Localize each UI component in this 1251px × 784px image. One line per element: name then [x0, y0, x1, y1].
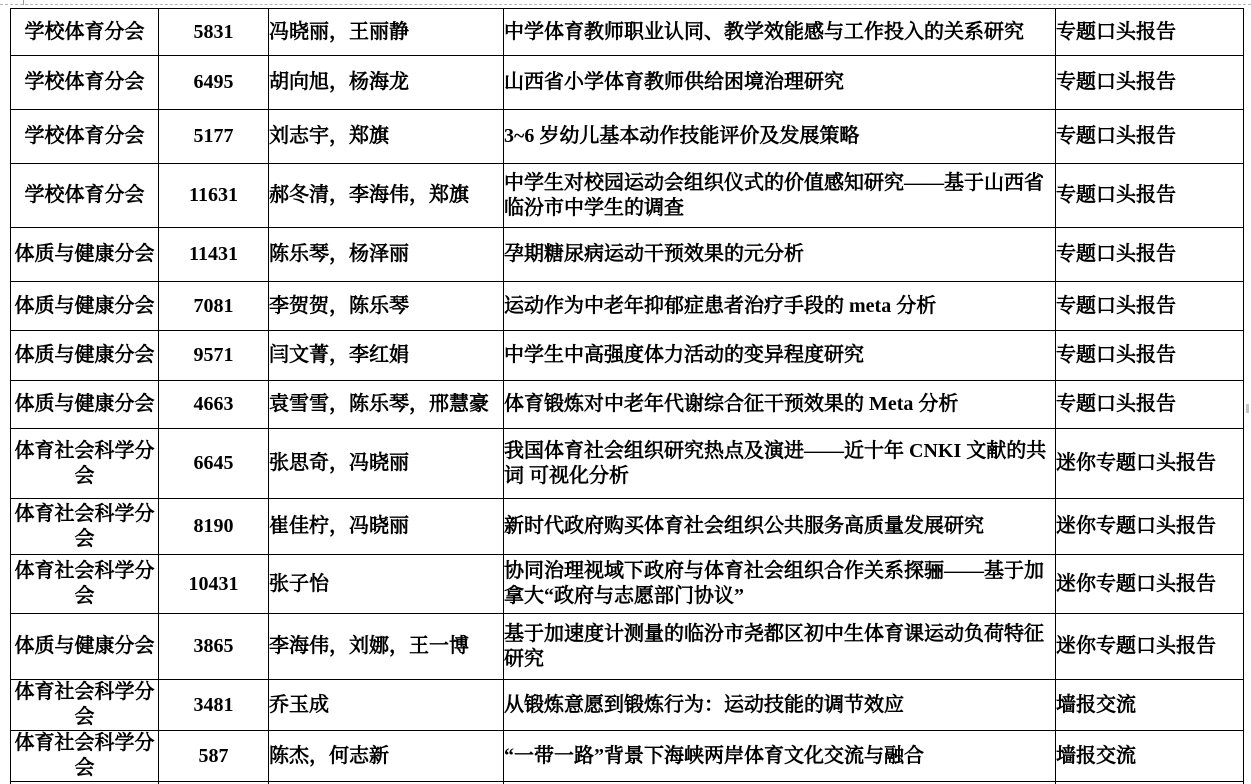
paper-title-cell: 从锻炼意愿到锻炼行为：运动技能的调节效应	[504, 680, 1056, 731]
authors-cell: 刘志宇，郑旗	[269, 110, 504, 164]
table-row: 体质与健康分会 9571 闫文菁，李红娟 中学生中高强度体力活动的变异程度研究 …	[11, 331, 1244, 381]
report-type-cell: 专题口头报告	[1056, 164, 1244, 228]
division-cell: 学校体育分会	[11, 9, 159, 56]
table-row: 学校体育分会 5831 冯晓丽，王丽静 中学体育教师职业认同、教学效能感与工作投…	[11, 9, 1244, 56]
authors-cell: 张思奇，冯晓丽	[269, 429, 504, 499]
page-break-dashed-line	[0, 4, 1251, 5]
paper-id-cell: 11431	[159, 228, 269, 282]
paper-title-cell: 3~6 岁幼儿基本动作技能评价及发展策略	[504, 110, 1056, 164]
report-type-cell: 迷你专题口头报告	[1056, 429, 1244, 499]
paper-id-cell: 5831	[159, 9, 269, 56]
table-row: 学校体育分会 6495 胡向旭，杨海龙 山西省小学体育教师供给困境治理研究 专题…	[11, 56, 1244, 110]
division-cell: 体育社会科学分会	[11, 429, 159, 499]
right-edge-tick	[1246, 404, 1249, 413]
authors-cell: 胡向旭，杨海龙	[269, 56, 504, 110]
paper-title-cell: 新时代政府购买体育社会组织公共服务高质量发展研究	[504, 499, 1056, 555]
paper-title-cell: “一带一路”背景下海峡两岸体育文化交流与融合	[504, 731, 1056, 782]
paper-id-cell: 587	[159, 731, 269, 782]
paper-id-cell: 3865	[159, 614, 269, 680]
paper-title-cell: 中学体育教师职业认同、教学效能感与工作投入的关系研究	[504, 9, 1056, 56]
papers-table: 学校体育分会 5831 冯晓丽，王丽静 中学体育教师职业认同、教学效能感与工作投…	[10, 8, 1244, 784]
document-page: 学校体育分会 5831 冯晓丽，王丽静 中学体育教师职业认同、教学效能感与工作投…	[0, 0, 1251, 784]
division-cell: 体育社会科学分会	[11, 499, 159, 555]
paper-title-cell: 中学生对校园运动会组织仪式的价值感知研究——基于山西省临汾市中学生的调查	[504, 164, 1056, 228]
paper-title-cell: 运动作为中老年抑郁症患者治疗手段的 meta 分析	[504, 282, 1056, 331]
division-cell: 体质与健康分会	[11, 228, 159, 282]
authors-cell: 张子怡	[269, 555, 504, 614]
division-cell: 学校体育分会	[11, 164, 159, 228]
authors-cell: 乔玉成	[269, 680, 504, 731]
paper-id-cell: 7081	[159, 282, 269, 331]
division-cell: 体质与健康分会	[11, 331, 159, 381]
authors-cell: 袁雪雪，陈乐琴，邢慧豪	[269, 381, 504, 429]
table-row: 体育社会科学分会 587 陈杰，何志新 “一带一路”背景下海峡两岸体育文化交流与…	[11, 731, 1244, 782]
paper-id-cell: 5177	[159, 110, 269, 164]
paper-id-cell: 6495	[159, 56, 269, 110]
authors-cell: 崔佳柠，冯晓丽	[269, 499, 504, 555]
table-row: 体育社会科学分会 6645 张思奇，冯晓丽 我国体育社会组织研究热点及演进——近…	[11, 429, 1244, 499]
division-cell: 学校体育分会	[11, 110, 159, 164]
division-cell: 体育社会科学分会	[11, 555, 159, 614]
paper-id-cell: 11631	[159, 164, 269, 228]
report-type-cell: 墙报交流	[1056, 680, 1244, 731]
report-type-cell: 墙报交流	[1056, 731, 1244, 782]
division-cell: 体质与健康分会	[11, 282, 159, 331]
report-type-cell: 专题口头报告	[1056, 56, 1244, 110]
table-row: 体质与健康分会 4663 袁雪雪，陈乐琴，邢慧豪 体育锻炼对中老年代谢综合征干预…	[11, 381, 1244, 429]
division-cell: 体质与健康分会	[11, 614, 159, 680]
report-type-cell: 专题口头报告	[1056, 110, 1244, 164]
paper-title-cell: 我国体育社会组织研究热点及演进——近十年 CNKI 文献的共词 可视化分析	[504, 429, 1056, 499]
authors-cell: 陈乐琴，杨泽丽	[269, 228, 504, 282]
report-type-cell: 专题口头报告	[1056, 9, 1244, 56]
paper-id-cell: 8190	[159, 499, 269, 555]
report-type-cell: 专题口头报告	[1056, 331, 1244, 381]
paper-title-cell: 山西省小学体育教师供给困境治理研究	[504, 56, 1056, 110]
authors-cell: 李贺贺，陈乐琴	[269, 282, 504, 331]
paper-id-cell: 3481	[159, 680, 269, 731]
table-row: 学校体育分会 5177 刘志宇，郑旗 3~6 岁幼儿基本动作技能评价及发展策略 …	[11, 110, 1244, 164]
report-type-cell: 专题口头报告	[1056, 381, 1244, 429]
table-row: 学校体育分会 11631 郝冬清，李海伟，郑旗 中学生对校园运动会组织仪式的价值…	[11, 164, 1244, 228]
division-cell: 体育社会科学分会	[11, 731, 159, 782]
report-type-cell: 专题口头报告	[1056, 282, 1244, 331]
division-cell: 体质与健康分会	[11, 381, 159, 429]
table-row: 体质与健康分会 11431 陈乐琴，杨泽丽 孕期糖尿病运动干预效果的元分析 专题…	[11, 228, 1244, 282]
paper-id-cell: 6645	[159, 429, 269, 499]
authors-cell: 闫文菁，李红娟	[269, 331, 504, 381]
authors-cell: 陈杰，何志新	[269, 731, 504, 782]
table-row: 体质与健康分会 7081 李贺贺，陈乐琴 运动作为中老年抑郁症患者治疗手段的 m…	[11, 282, 1244, 331]
report-type-cell: 专题口头报告	[1056, 228, 1244, 282]
paper-id-cell: 10431	[159, 555, 269, 614]
paper-id-cell: 4663	[159, 381, 269, 429]
paper-title-cell: 基于加速度计测量的临汾市尧都区初中生体育课运动负荷特征研究	[504, 614, 1056, 680]
paper-title-cell: 协同治理视域下政府与体育社会组织合作关系探骊——基于加拿大“政府与志愿部门协议”	[504, 555, 1056, 614]
authors-cell: 郝冬清，李海伟，郑旗	[269, 164, 504, 228]
division-cell: 体育社会科学分会	[11, 680, 159, 731]
paper-title-cell: 孕期糖尿病运动干预效果的元分析	[504, 228, 1056, 282]
report-type-cell: 迷你专题口头报告	[1056, 614, 1244, 680]
table-row: 体育社会科学分会 10431 张子怡 协同治理视域下政府与体育社会组织合作关系探…	[11, 555, 1244, 614]
top-edge-tick	[23, 0, 24, 5]
report-type-cell: 迷你专题口头报告	[1056, 555, 1244, 614]
paper-title-cell: 体育锻炼对中老年代谢综合征干预效果的 Meta 分析	[504, 381, 1056, 429]
paper-title-cell: 中学生中高强度体力活动的变异程度研究	[504, 331, 1056, 381]
report-type-cell: 迷你专题口头报告	[1056, 499, 1244, 555]
authors-cell: 李海伟，刘娜，王一博	[269, 614, 504, 680]
division-cell: 学校体育分会	[11, 56, 159, 110]
table-row: 体质与健康分会 3865 李海伟，刘娜，王一博 基于加速度计测量的临汾市尧都区初…	[11, 614, 1244, 680]
table-row: 体育社会科学分会 3481 乔玉成 从锻炼意愿到锻炼行为：运动技能的调节效应 墙…	[11, 680, 1244, 731]
authors-cell: 冯晓丽，王丽静	[269, 9, 504, 56]
paper-id-cell: 9571	[159, 331, 269, 381]
table-row: 体育社会科学分会 8190 崔佳柠，冯晓丽 新时代政府购买体育社会组织公共服务高…	[11, 499, 1244, 555]
